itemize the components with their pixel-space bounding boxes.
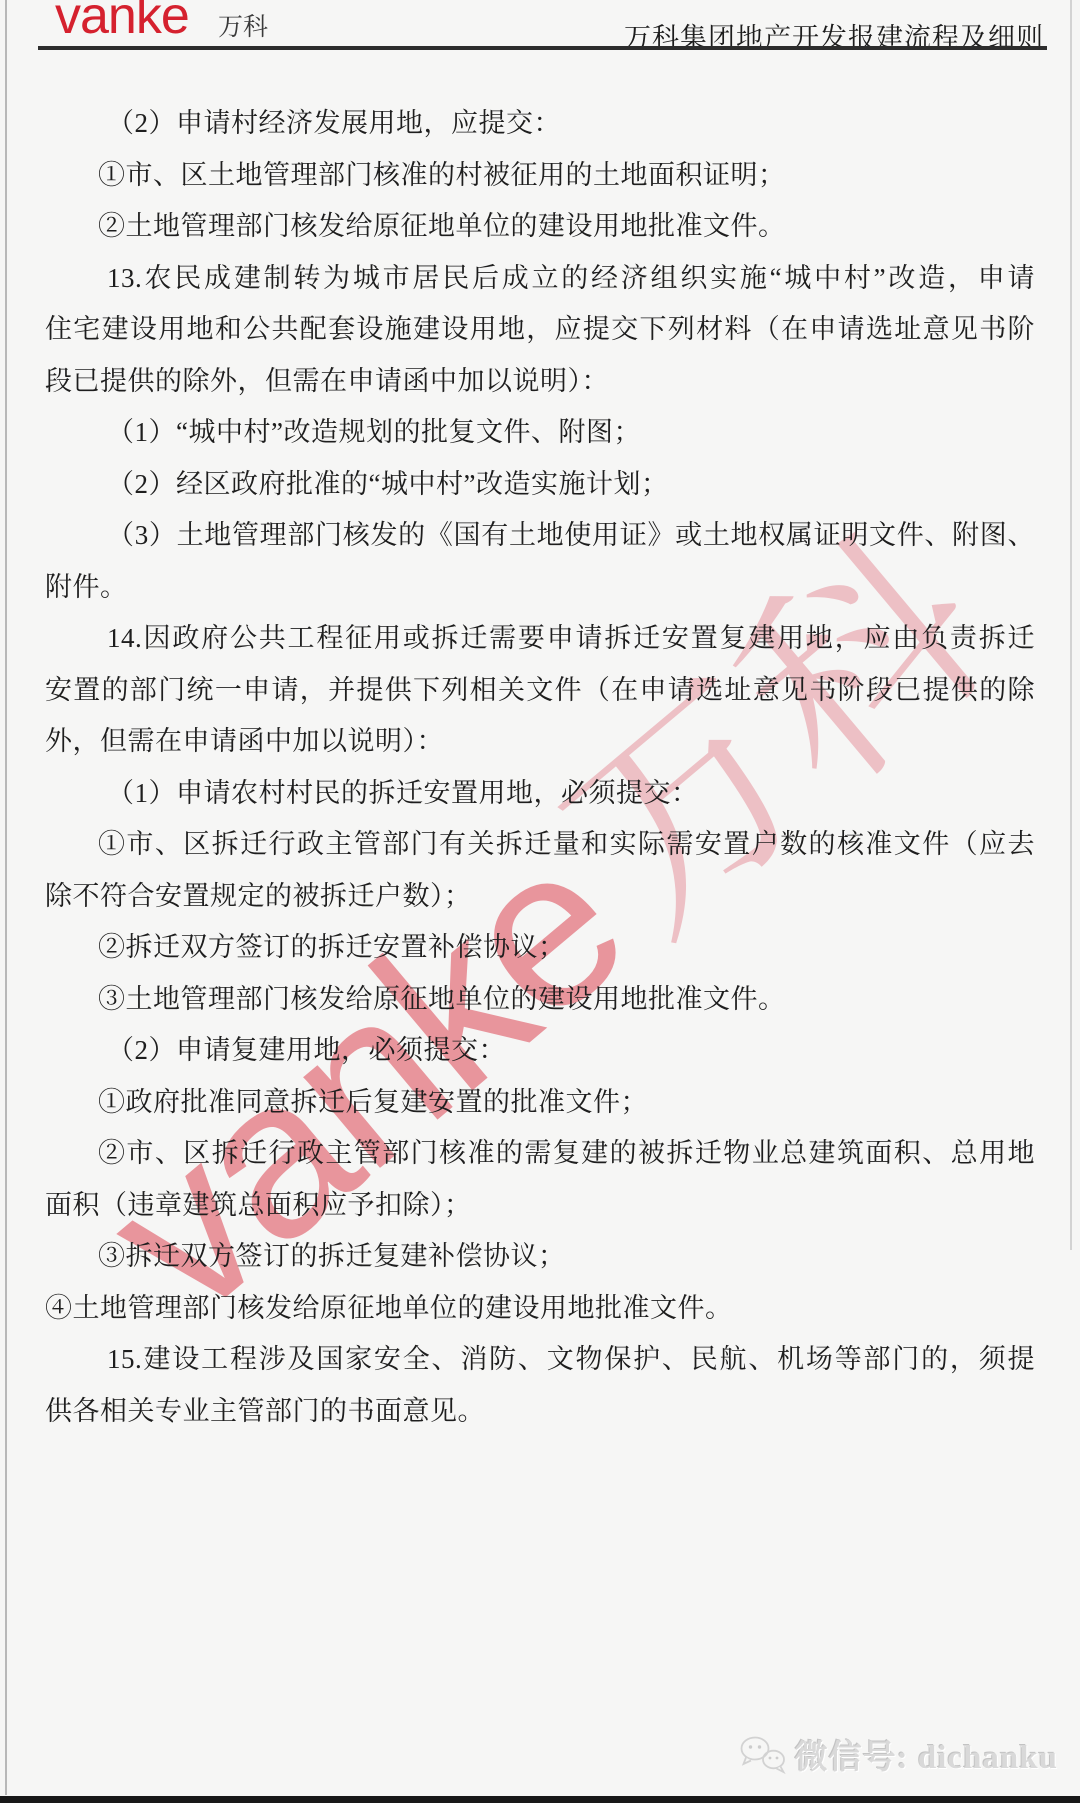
text-line: ①政府批准同意拆迁后复建安置的批准文件； (45, 1077, 1035, 1129)
text-line: ③拆迁双方签订的拆迁复建补偿协议； (45, 1231, 1035, 1283)
text-line: （1）申请农村村民的拆迁安置用地，必须提交： (45, 768, 1035, 820)
text-line: ②市、区拆迁行政主管部门核准的需复建的被拆迁物业总建筑面积、总用地 (45, 1128, 1035, 1180)
text-line: 外，但需在申请函中加以说明）： (45, 716, 1035, 768)
text-line: 14.因政府公共工程征用或拆迁需要申请拆迁安置复建用地，应由负责拆迁 (45, 613, 1035, 665)
text-line: 面积（违章建筑总面积应予扣除）； (45, 1180, 1035, 1232)
text-line: 15.建设工程涉及国家安全、消防、文物保护、民航、机场等部门的，须提 (45, 1334, 1035, 1386)
page-edge-line-right (1070, 0, 1072, 1250)
text-line: ①市、区土地管理部门核准的村被征用的土地面积证明； (45, 150, 1035, 202)
text-line: 13.农民成建制转为城市居民后成立的经济组织实施“城中村”改造，申请 (45, 253, 1035, 305)
text-line: ④土地管理部门核发给原征地单位的建设用地批准文件。 (45, 1283, 1035, 1335)
header-divider (38, 46, 1047, 50)
vanke-logo-cjk: 万科 (218, 7, 268, 43)
text-line: 附件。 (45, 562, 1035, 614)
document-body: （2）申请村经济发展用地，应提交：①市、区土地管理部门核准的村被征用的土地面积证… (45, 98, 1035, 1437)
text-line: 住宅建设用地和公共配套设施建设用地，应提交下列材料（在申请选址意见书阶 (45, 304, 1035, 356)
wechat-icon (739, 1734, 789, 1776)
page-footer: 微信号: dichanku (739, 1731, 1058, 1778)
wechat-id-label: 微信号: dichanku (795, 1731, 1058, 1778)
vanke-logo: vanke (55, 0, 189, 46)
text-line: （2）申请复建用地，必须提交： (45, 1025, 1035, 1077)
document-page: vanke 万科 万科集团地产开发报建流程及细则 vanke万科 （2）申请村经… (0, 0, 1080, 1803)
text-line: ①市、区拆迁行政主管部门有关拆迁量和实际需安置户数的核准文件（应去 (45, 819, 1035, 871)
text-line: （2）申请村经济发展用地，应提交： (45, 98, 1035, 150)
text-line: 供各相关专业主管部门的书面意见。 (45, 1386, 1035, 1438)
bottom-border-bar (0, 1796, 1080, 1803)
page-edge-line-left (5, 0, 7, 1795)
text-line: 安置的部门统一申请，并提供下列相关文件（在申请选址意见书阶段已提供的除 (45, 665, 1035, 717)
text-line: ②土地管理部门核发给原征地单位的建设用地批准文件。 (45, 201, 1035, 253)
text-line: 除不符合安置规定的被拆迁户数）； (45, 871, 1035, 923)
text-line: ②拆迁双方签订的拆迁安置补偿协议； (45, 922, 1035, 974)
text-line: 段已提供的除外，但需在申请函中加以说明）： (45, 356, 1035, 408)
text-line: （2）经区政府批准的“城中村”改造实施计划； (45, 459, 1035, 511)
text-line: （3）土地管理部门核发的《国有土地使用证》或土地权属证明文件、附图、 (45, 510, 1035, 562)
text-line: ③土地管理部门核发给原征地单位的建设用地批准文件。 (45, 974, 1035, 1026)
text-line: （1）“城中村”改造规划的批复文件、附图； (45, 407, 1035, 459)
